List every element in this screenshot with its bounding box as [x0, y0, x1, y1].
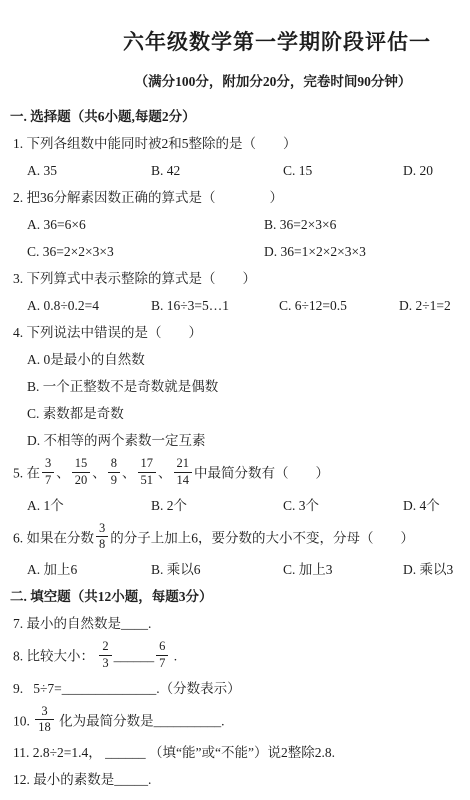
- question-2-options-row1: A. 36=6×6 B. 36=2×3×6: [10, 216, 460, 234]
- section1-heading: 一. 选择题（共6小题,每题2分）: [10, 108, 460, 126]
- fraction-numerator: 15: [72, 457, 91, 473]
- question-2-option-b: B. 36=2×3×6: [264, 216, 460, 234]
- question-8-suffix: .: [170, 648, 177, 663]
- question-1-options: A. 35 B. 42 C. 15 D. 20: [10, 162, 460, 180]
- separator: 、: [92, 465, 106, 480]
- question-2-text: 2. 把36分解素因数正确的算式是（ ）: [10, 189, 460, 207]
- question-3-option-a: A. 0.8÷0.2=4: [27, 297, 151, 315]
- page-title: 六年级数学第一学期阶段评估一: [52, 26, 470, 56]
- question-9-text: 9. 5÷7=______________.（分数表示）: [10, 680, 460, 698]
- question-6-prefix: 6. 如果在分数: [13, 530, 94, 545]
- question-4-option-a: A. 0是最小的自然数: [10, 351, 460, 369]
- question-1-option-d: D. 20: [403, 162, 460, 180]
- question-3-option-b: B. 16÷3=5…1: [151, 297, 279, 315]
- question-11-text: 11. 2.8÷2=1.4， ______ （填“能”或“不能”）说2整除2.8…: [10, 744, 460, 762]
- question-2-option-d: D. 36=1×2×2×3×3: [264, 243, 460, 261]
- fraction-denominator: 18: [35, 720, 54, 735]
- fraction-numerator: 3: [35, 705, 54, 721]
- fraction-denominator: 9: [108, 473, 120, 488]
- question-1-option-a: A. 35: [27, 162, 151, 180]
- fraction-numerator: 21: [174, 457, 193, 473]
- fraction-denominator: 8: [96, 537, 108, 552]
- exam-paper: 六年级数学第一学期阶段评估一 （满分100分，附加分20分，完卷时间90分钟） …: [0, 0, 470, 789]
- fraction-numerator: 3: [96, 522, 108, 538]
- blank-line: ______: [114, 648, 155, 663]
- question-3-text: 3. 下列算式中表示整除的算式是（ ）: [10, 270, 460, 288]
- fraction-numerator: 17: [138, 457, 157, 473]
- fraction-numerator: 2: [99, 640, 111, 656]
- fraction-denominator: 20: [72, 473, 91, 488]
- question-7-text: 7. 最小的自然数是____.: [10, 615, 460, 633]
- question-10-suffix: 化为最简分数是__________.: [56, 713, 225, 728]
- question-5-option-c: C. 3个: [283, 497, 403, 515]
- fraction-6-7: 67: [156, 640, 168, 671]
- fraction-21-14: 2114: [174, 457, 193, 488]
- separator: 、: [122, 465, 136, 480]
- question-8-prefix: 8. 比较大小：: [13, 648, 97, 663]
- question-6-suffix: 的分子上加上6，要分数的大小不变，分母（ ）: [110, 530, 414, 545]
- question-6-option-b: B. 乘以6: [151, 561, 283, 579]
- fraction-8-9: 89: [108, 457, 120, 488]
- question-6-option-a: A. 加上6: [27, 561, 151, 579]
- question-2-option-a: A. 36=6×6: [27, 216, 264, 234]
- fraction-15-20: 1520: [72, 457, 91, 488]
- section2-heading: 二. 填空题（共12小题，每题3分）: [10, 588, 460, 606]
- fraction-numerator: 3: [42, 457, 54, 473]
- question-5-prefix: 5. 在: [13, 465, 40, 480]
- question-5-text: 5. 在37、1520、89、1751、2114中最简分数有（ ）: [10, 459, 460, 490]
- question-4-text: 4. 下列说法中错误的是（ ）: [10, 324, 460, 342]
- question-6-options: A. 加上6 B. 乘以6 C. 加上3 D. 乘以3: [10, 561, 460, 579]
- question-1-option-b: B. 42: [151, 162, 283, 180]
- separator: 、: [56, 465, 70, 480]
- question-10-number: 10.: [13, 713, 33, 728]
- question-4-option-b: B. 一个正整数不是奇数就是偶数: [10, 378, 460, 396]
- question-6-option-d: D. 乘以3: [403, 561, 460, 579]
- fraction-denominator: 7: [156, 656, 168, 671]
- separator: 、: [158, 465, 172, 480]
- fraction-denominator: 7: [42, 473, 54, 488]
- question-5-suffix: 中最简分数有（ ）: [194, 465, 329, 480]
- question-5-option-a: A. 1个: [27, 497, 151, 515]
- fraction-denominator: 3: [99, 656, 111, 671]
- fraction-numerator: 8: [108, 457, 120, 473]
- fraction-denominator: 51: [138, 473, 157, 488]
- question-5-option-b: B. 2个: [151, 497, 283, 515]
- question-1-option-c: C. 15: [283, 162, 403, 180]
- fraction-numerator: 6: [156, 640, 168, 656]
- question-4-option-d: D. 不相等的两个素数一定互素: [10, 432, 460, 450]
- question-10-text: 10. 318 化为最简分数是__________.: [10, 707, 460, 738]
- question-8-text: 8. 比较大小： 23______67 .: [10, 642, 460, 673]
- question-1-text: 1. 下列各组数中能同时被2和5整除的是（ ）: [10, 135, 460, 153]
- question-6-text: 6. 如果在分数38的分子上加上6，要分数的大小不变，分母（ ）: [10, 524, 460, 555]
- question-3-option-d: D. 2÷1=2: [399, 297, 460, 315]
- fraction-3-8: 38: [96, 522, 108, 553]
- fraction-3-7: 37: [42, 457, 54, 488]
- question-12-text: 12. 最小的素数是_____.: [10, 771, 460, 789]
- question-2-options-row2: C. 36=2×2×3×3 D. 36=1×2×2×3×3: [10, 243, 460, 261]
- fraction-17-51: 1751: [138, 457, 157, 488]
- question-3-options: A. 0.8÷0.2=4 B. 16÷3=5…1 C. 6÷12=0.5 D. …: [10, 297, 460, 315]
- question-4-option-c: C. 素数都是奇数: [10, 405, 460, 423]
- question-2-option-c: C. 36=2×2×3×3: [27, 243, 264, 261]
- question-5-options: A. 1个 B. 2个 C. 3个 D. 4个: [10, 497, 460, 515]
- question-3-option-c: C. 6÷12=0.5: [279, 297, 399, 315]
- fraction-3-18: 318: [35, 705, 54, 736]
- fraction-2-3: 23: [99, 640, 111, 671]
- question-5-option-d: D. 4个: [403, 497, 460, 515]
- fraction-denominator: 14: [174, 473, 193, 488]
- page-subtitle: （满分100分，附加分20分，完卷时间90分钟）: [48, 70, 470, 90]
- question-6-option-c: C. 加上3: [283, 561, 403, 579]
